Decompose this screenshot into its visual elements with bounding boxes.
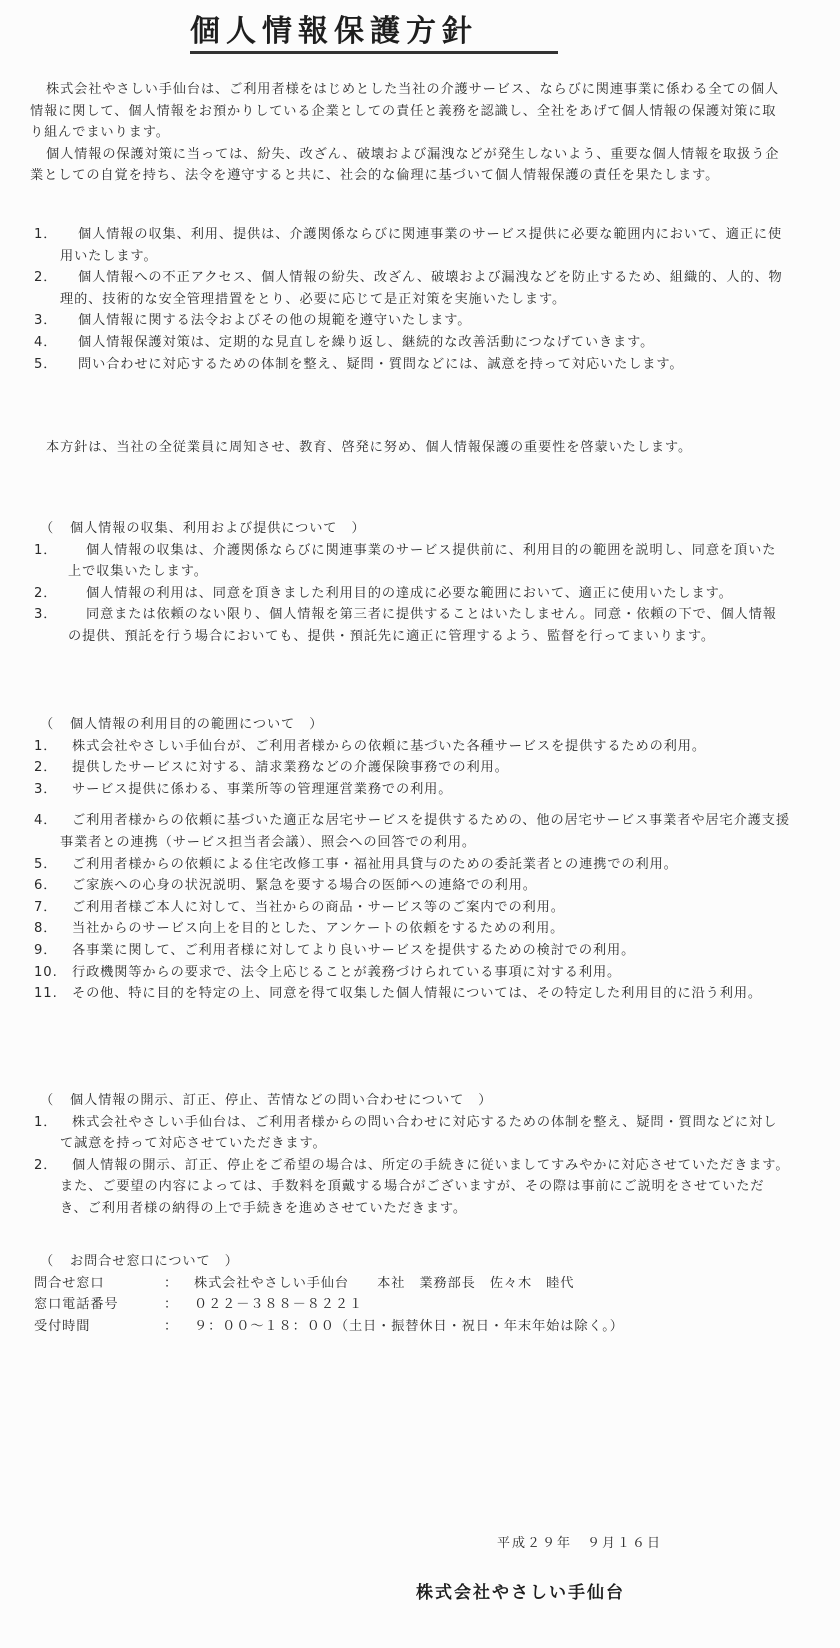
list-item: 1．株式会社やさしい手仙台が、ご利用者様からの依頼に基づいた各種サービスを提供す…: [30, 736, 790, 758]
contact-label: 窓口電話番号: [30, 1294, 164, 1316]
item-number: 2．: [34, 583, 64, 605]
section-heading: （個人情報の利用目的の範囲について ）: [30, 714, 790, 736]
item-number: 4．: [34, 332, 64, 354]
list-item: 4．個人情報保護対策は、定期的な見直しを繰り返し、継続的な改善活動につなげていき…: [30, 332, 790, 354]
item-text: ご家族への心身の状況説明、緊急を要する場合の医師への連絡での利用。: [60, 875, 790, 897]
company-signature: 株式会社やさしい手仙台: [416, 1578, 625, 1603]
item-text: 同意または依頼のない限り、個人情報を第三者に提供することはいたしません。同意・依…: [68, 604, 790, 647]
closing-section: 本方針は、当社の全従業員に周知させ、教育、啓発に努め、個人情報保護の重要性を啓蒙…: [30, 437, 790, 459]
section-heading: （お問合せ窓口について ）: [30, 1251, 790, 1273]
inquiries-section: （個人情報の開示、訂正、停止、苦情などの問い合わせについて ） 1．株式会社やさ…: [30, 1090, 790, 1220]
list-item: 6．ご家族への心身の状況説明、緊急を要する場合の医師への連絡での利用。: [30, 875, 790, 897]
item-text: 個人情報に関する法令およびその他の規範を遵守いたします。: [60, 310, 790, 332]
list-item: 10.行政機関等からの要求で、法令上応じることが義務づけられている事項に対する利…: [30, 962, 790, 984]
list-item: 3．同意または依頼のない限り、個人情報を第三者に提供することはいたしません。同意…: [30, 604, 790, 647]
inquiries-list: 1．株式会社やさしい手仙台は、ご利用者様からの問い合わせに対応するための体制を整…: [30, 1112, 790, 1220]
intro-paragraph-2: 個人情報の保護対策に当っては、紛失、改ざん、破壊および漏洩などが発生しないよう、…: [30, 144, 790, 187]
item-text: 株式会社やさしい手仙台が、ご利用者様からの依頼に基づいた各種サービスを提供するた…: [60, 736, 790, 758]
item-number: 8．: [34, 918, 64, 940]
intro-section: 株式会社やさしい手仙台は、ご利用者様をはじめとした当社の介護サービス、ならびに関…: [30, 79, 790, 187]
item-text: その他、特に目的を特定の上、同意を得て収集した個人情報については、その特定した利…: [60, 983, 790, 1005]
item-text: 個人情報の収集は、介護関係ならびに関連事業のサービス提供前に、利用目的の範囲を説…: [68, 540, 790, 583]
contact-section: （お問合せ窓口について ） 問合せ窓口 ： 株式会社やさしい手仙台 本社 業務部…: [30, 1251, 790, 1337]
item-number: 2．: [34, 1155, 64, 1177]
contact-colon: ：: [164, 1273, 194, 1295]
item-number: 9．: [34, 940, 64, 962]
list-item: 5．問い合わせに対応するための体制を整え、疑問・質問などには、誠意を持って対応い…: [30, 354, 790, 376]
contact-colon: ：: [164, 1294, 194, 1316]
contact-colon: ：: [164, 1316, 194, 1338]
item-text: ご利用者様からの依頼による住宅改修工事・福祉用具貸与のための委託業者との連携での…: [60, 854, 790, 876]
page-title: 個人情報保護方針: [190, 14, 558, 54]
list-item: 3．サービス提供に係わる、事業所等の管理運営業務での利用。: [30, 779, 790, 801]
list-item: 11.その他、特に目的を特定の上、同意を得て収集した個人情報については、その特定…: [30, 983, 790, 1005]
item-number: 1．: [34, 736, 64, 758]
section-heading: （個人情報の開示、訂正、停止、苦情などの問い合わせについて ）: [30, 1090, 790, 1112]
section-heading: （個人情報の収集、利用および提供について ）: [30, 518, 790, 540]
spacer: [30, 800, 790, 810]
list-item: 3．個人情報に関する法令およびその他の規範を遵守いたします。: [30, 310, 790, 332]
list-item: 8．当社からのサービス向上を目的とした、アンケートの依頼をするための利用。: [30, 918, 790, 940]
contact-value: ９：００～１８：００（土日・振替休日・祝日・年末年始は除く。）: [194, 1316, 790, 1338]
collection-section: （個人情報の収集、利用および提供について ） 1．個人情報の収集は、介護関係なら…: [30, 518, 790, 648]
contact-value: ０２２－３８８－８２２１: [194, 1294, 790, 1316]
list-item: 1．株式会社やさしい手仙台は、ご利用者様からの問い合わせに対応するための体制を整…: [30, 1112, 790, 1155]
contact-row-hours: 受付時間 ： ９：００～１８：００（土日・振替休日・祝日・年末年始は除く。）: [30, 1316, 790, 1338]
item-text: 個人情報の収集、利用、提供は、介護関係ならびに関連事業のサービス提供に必要な範囲…: [60, 224, 790, 267]
item-number: 5．: [34, 854, 64, 876]
item-number: 5．: [34, 354, 64, 376]
document-date: 平成２９年 ９月１６日: [497, 1532, 662, 1551]
list-item: 5．ご利用者様からの依頼による住宅改修工事・福祉用具貸与のための委託業者との連携…: [30, 854, 790, 876]
item-text: 個人情報保護対策は、定期的な見直しを繰り返し、継続的な改善活動につなげていきます…: [60, 332, 790, 354]
list-item: 9．各事業に関して、ご利用者様に対してより良いサービスを提供するための検討での利…: [30, 940, 790, 962]
principles-list: 1．個人情報の収集、利用、提供は、介護関係ならびに関連事業のサービス提供に必要な…: [30, 224, 790, 375]
item-text: 各事業に関して、ご利用者様に対してより良いサービスを提供するための検討での利用。: [60, 940, 790, 962]
item-number: 1．: [34, 224, 64, 246]
list-item: 2．個人情報の開示、訂正、停止をご希望の場合は、所定の手続きに従いましてすみやか…: [30, 1155, 790, 1220]
intro-paragraph-1: 株式会社やさしい手仙台は、ご利用者様をはじめとした当社の介護サービス、ならびに関…: [30, 79, 790, 144]
contact-value: 株式会社やさしい手仙台 本社 業務部長 佐々木 睦代: [194, 1273, 790, 1295]
item-number: 1．: [34, 540, 64, 562]
item-number: 1．: [34, 1112, 64, 1134]
purpose-section: （個人情報の利用目的の範囲について ） 1．株式会社やさしい手仙台が、ご利用者様…: [30, 714, 790, 1005]
item-text: 個人情報への不正アクセス、個人情報の紛失、改ざん、破壊および漏洩などを防止するた…: [60, 267, 790, 310]
list-item: 1．個人情報の収集は、介護関係ならびに関連事業のサービス提供前に、利用目的の範囲…: [30, 540, 790, 583]
item-text: 行政機関等からの要求で、法令上応じることが義務づけられている事項に対する利用。: [60, 962, 790, 984]
item-number: 3．: [34, 779, 64, 801]
item-text: ご利用者様ご本人に対して、当社からの商品・サービス等のご案内での利用。: [60, 897, 790, 919]
item-number: 10.: [34, 962, 64, 984]
list-item: 2．個人情報への不正アクセス、個人情報の紛失、改ざん、破壊および漏洩などを防止す…: [30, 267, 790, 310]
item-number: 7．: [34, 897, 64, 919]
item-number: 11.: [34, 983, 64, 1005]
list-item: 2．提供したサービスに対する、請求業務などの介護保険事務での利用。: [30, 757, 790, 779]
item-number: 3．: [34, 310, 64, 332]
closing-paragraph: 本方針は、当社の全従業員に周知させ、教育、啓発に努め、個人情報保護の重要性を啓蒙…: [30, 437, 790, 459]
item-text: 当社からのサービス向上を目的とした、アンケートの依頼をするための利用。: [60, 918, 790, 940]
item-number: 6．: [34, 875, 64, 897]
purpose-list-b: 4．ご利用者様からの依頼に基づいた適正な居宅サービスを提供するための、他の居宅サ…: [30, 810, 790, 1004]
item-number: 2．: [34, 267, 64, 289]
item-text: サービス提供に係わる、事業所等の管理運営業務での利用。: [60, 779, 790, 801]
list-item: 2．個人情報の利用は、同意を頂きました利用目的の達成に必要な範囲において、適正に…: [30, 583, 790, 605]
purpose-list-a: 1．株式会社やさしい手仙台が、ご利用者様からの依頼に基づいた各種サービスを提供す…: [30, 736, 790, 801]
list-item: 1．個人情報の収集、利用、提供は、介護関係ならびに関連事業のサービス提供に必要な…: [30, 224, 790, 267]
contact-label: 問合せ窓口: [30, 1273, 164, 1295]
item-text: 提供したサービスに対する、請求業務などの介護保険事務での利用。: [60, 757, 790, 779]
item-number: 2．: [34, 757, 64, 779]
item-text: 株式会社やさしい手仙台は、ご利用者様からの問い合わせに対応するための体制を整え、…: [60, 1112, 790, 1155]
item-number: 4．: [34, 810, 64, 832]
item-text: 問い合わせに対応するための体制を整え、疑問・質問などには、誠意を持って対応いたし…: [60, 354, 790, 376]
contact-row-window: 問合せ窓口 ： 株式会社やさしい手仙台 本社 業務部長 佐々木 睦代: [30, 1273, 790, 1295]
item-text: 個人情報の利用は、同意を頂きました利用目的の達成に必要な範囲において、適正に使用…: [68, 583, 790, 605]
item-number: 3．: [34, 604, 64, 626]
document-page: 個人情報保護方針 株式会社やさしい手仙台は、ご利用者様をはじめとした当社の介護サ…: [0, 0, 840, 1648]
list-item: 7．ご利用者様ご本人に対して、当社からの商品・サービス等のご案内での利用。: [30, 897, 790, 919]
item-text: ご利用者様からの依頼に基づいた適正な居宅サービスを提供するための、他の居宅サービ…: [60, 810, 790, 853]
contact-row-phone: 窓口電話番号 ： ０２２－３８８－８２２１: [30, 1294, 790, 1316]
list-item: 4．ご利用者様からの依頼に基づいた適正な居宅サービスを提供するための、他の居宅サ…: [30, 810, 790, 853]
principles-section: 1．個人情報の収集、利用、提供は、介護関係ならびに関連事業のサービス提供に必要な…: [30, 224, 790, 375]
contact-label: 受付時間: [30, 1316, 164, 1338]
item-text: 個人情報の開示、訂正、停止をご希望の場合は、所定の手続きに従いましてすみやかに対…: [60, 1155, 790, 1220]
collection-list: 1．個人情報の収集は、介護関係ならびに関連事業のサービス提供前に、利用目的の範囲…: [30, 540, 790, 648]
